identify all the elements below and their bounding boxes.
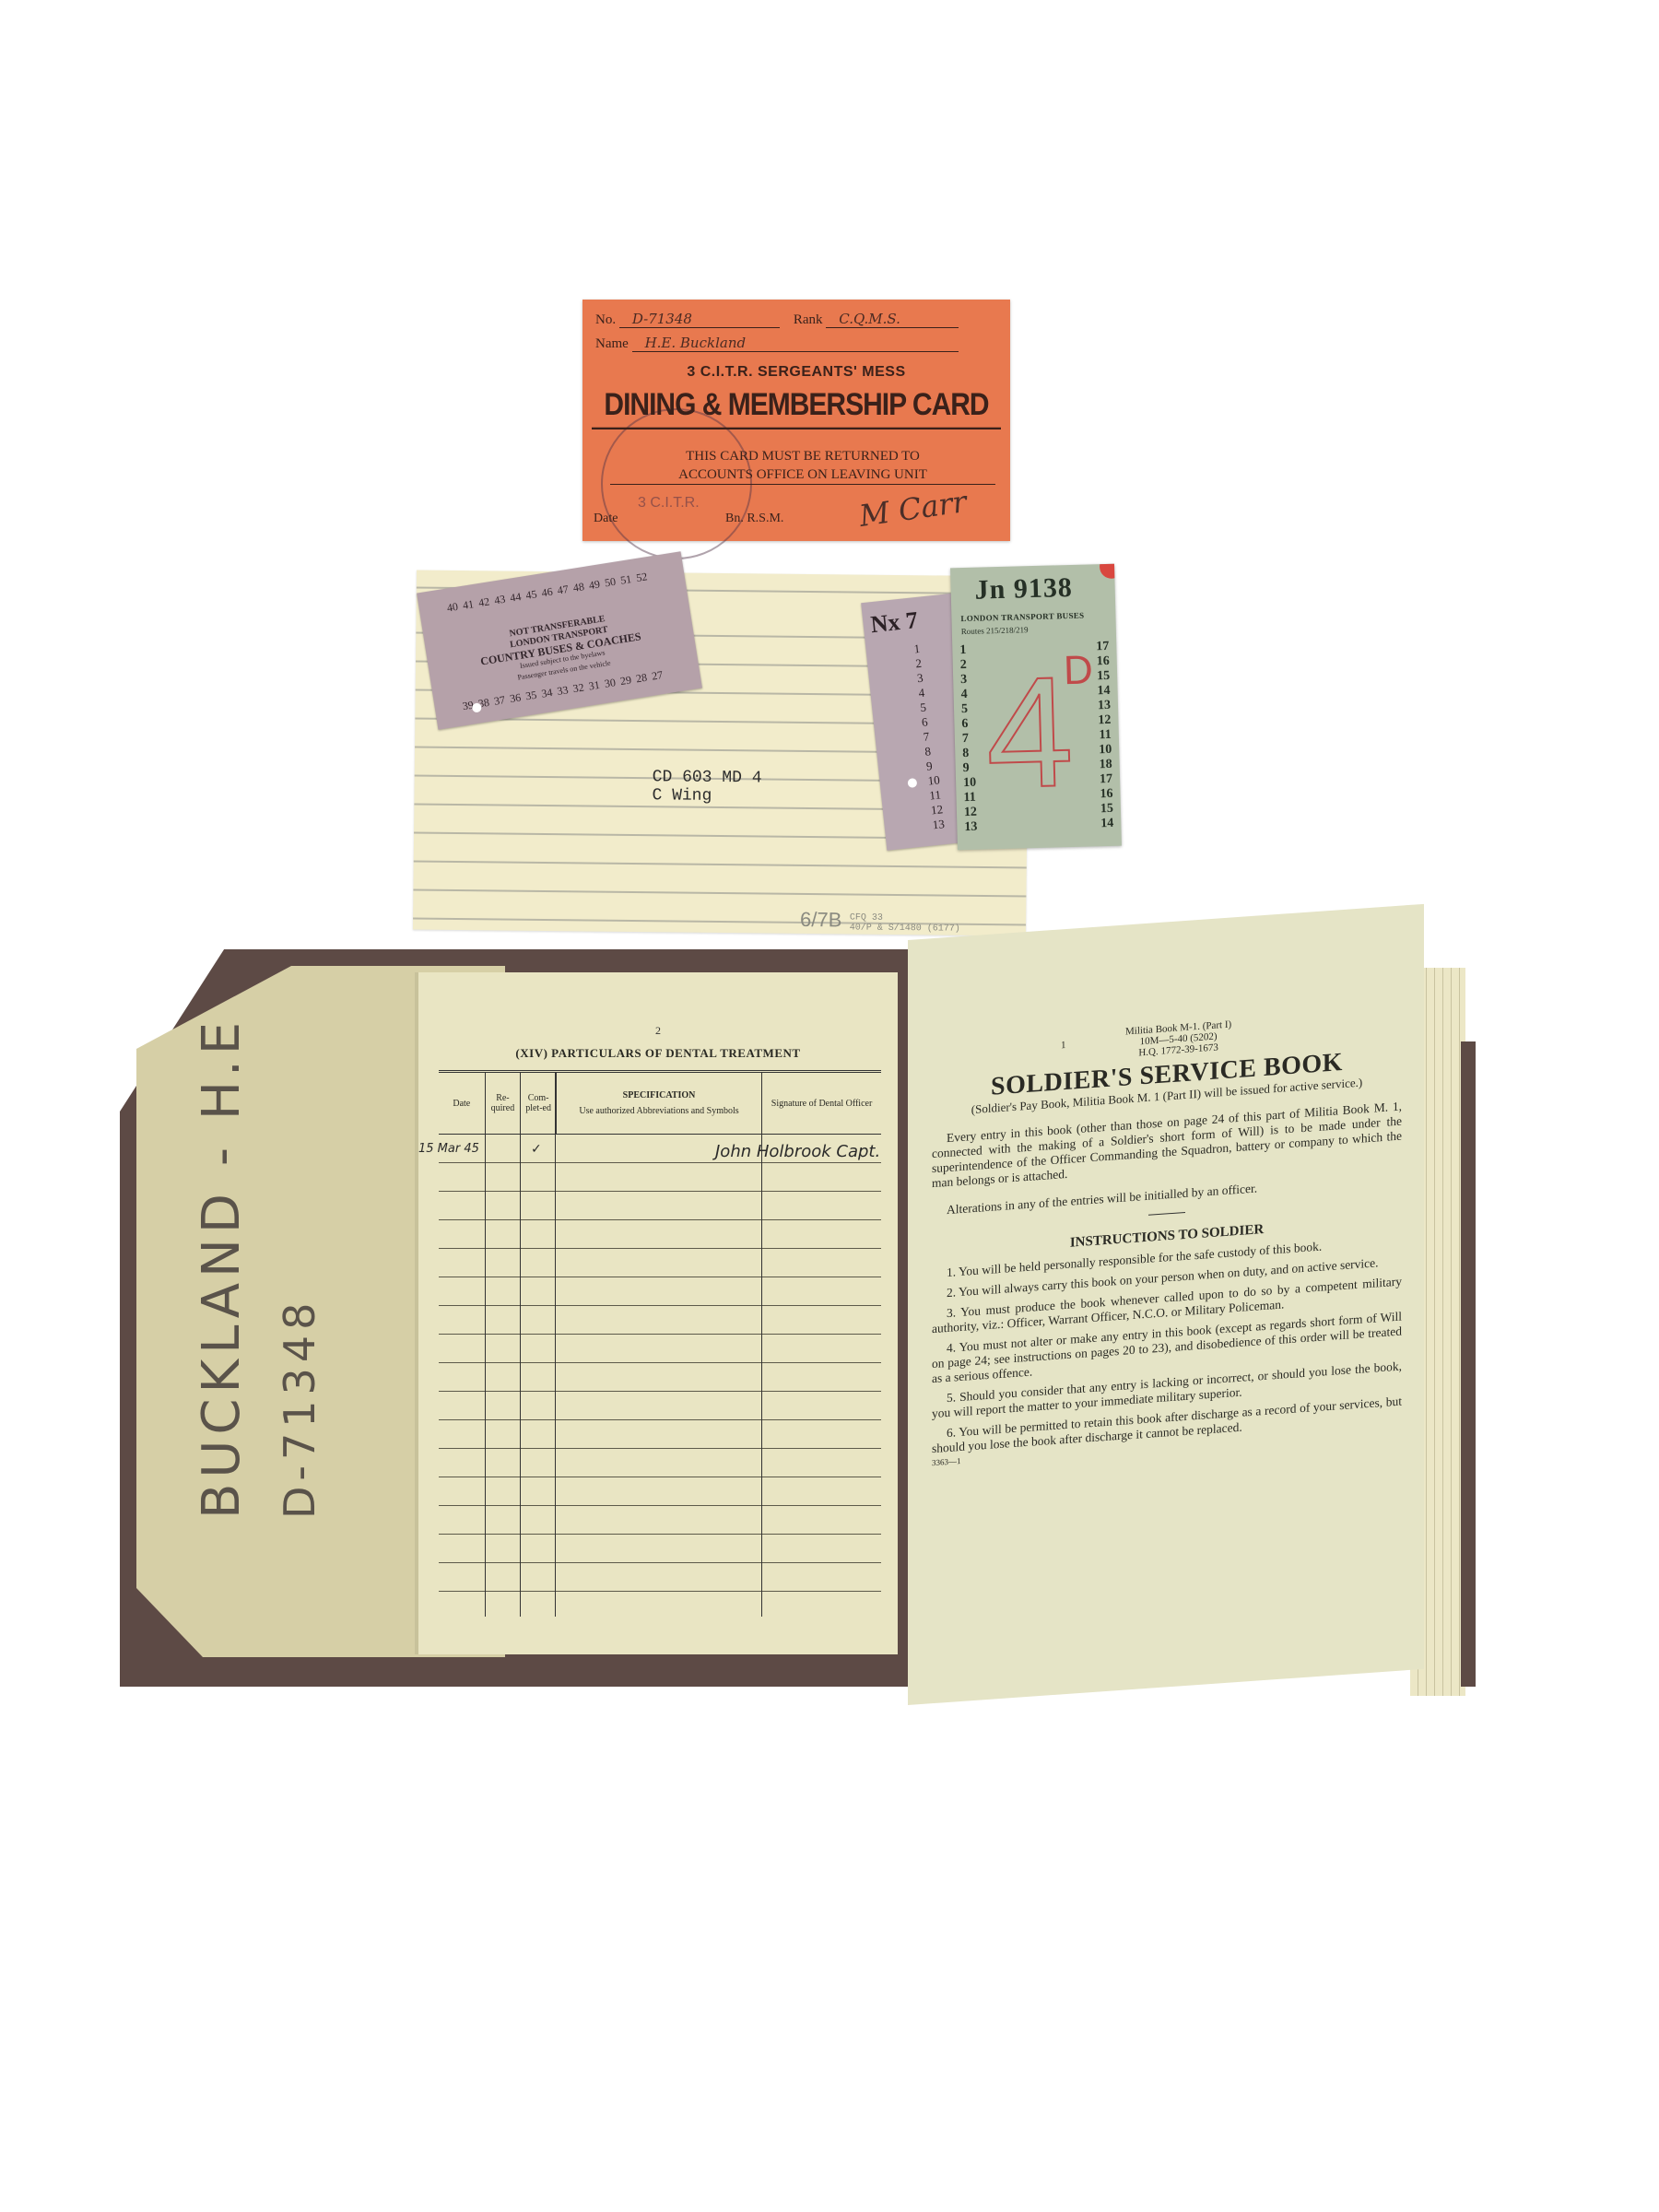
stage-number: 52 — [635, 570, 648, 585]
stage-number: 4 — [960, 688, 967, 702]
column-completed: Com-plet-ed — [521, 1073, 557, 1134]
notice-line-1: THIS CARD MUST BE RETURNED TO — [610, 447, 995, 465]
stage-number: 48 — [572, 580, 585, 595]
stage-number: 5 — [961, 702, 968, 717]
punch-hole — [907, 778, 917, 788]
column-signature: Signature of Dental Officer — [762, 1073, 881, 1134]
dental-table: Date Re-quired Com-plet-ed SPECIFICATION… — [439, 1070, 881, 1617]
stage-number: 36 — [509, 690, 522, 706]
stage-number: 37 — [493, 693, 506, 709]
flap-service-number: D-71348 — [275, 1298, 324, 1519]
stage-number: 3 — [960, 673, 967, 688]
stage-number: 3 — [916, 671, 924, 687]
card-title: DINING & MEMBERSHIP CARD — [592, 387, 1001, 429]
stage-number: 2 — [915, 656, 923, 672]
stage-number: 11 — [1099, 728, 1112, 743]
return-notice: THIS CARD MUST BE RETURNED TO ACCOUNTS O… — [610, 447, 995, 485]
stage-number: 1 — [959, 643, 966, 658]
divider — [1148, 1212, 1185, 1216]
stage-number: 10 — [927, 772, 941, 788]
form-number: 6/7B — [800, 908, 842, 931]
stage-number: 29 — [619, 673, 632, 688]
stage-number: 14 — [1100, 817, 1113, 831]
number-label: No. — [595, 312, 616, 327]
stage-number: 12 — [930, 802, 944, 818]
dental-treatment-page: 2 (XIV) PARTICULARS OF DENTAL TREATMENT … — [415, 972, 898, 1654]
entry-completed-check: ✓ — [531, 1142, 542, 1157]
index-card-typed-text: CD 603 MD 4 C Wing — [652, 768, 761, 806]
stage-number: 44 — [509, 590, 522, 606]
column-divider — [555, 1073, 556, 1617]
stage-number: 32 — [572, 681, 585, 697]
stage-number: 33 — [556, 683, 569, 699]
stage-number: 31 — [588, 678, 601, 694]
stage-number: 8 — [962, 747, 969, 761]
entry-date: 15 Mar 45 — [418, 1142, 479, 1156]
stage-number: 16 — [1097, 654, 1110, 669]
stage-number: 12 — [964, 806, 977, 820]
stage-number: 35 — [524, 688, 537, 704]
stage-number: 42 — [477, 594, 490, 610]
specification-sublabel: Use authorized Abbreviations and Symbols — [560, 1106, 757, 1116]
stage-number: 10 — [963, 776, 976, 791]
stage-number: 13 — [932, 817, 946, 832]
stage-number: 40 — [446, 600, 459, 616]
stage-number: 41 — [462, 597, 475, 613]
stage-number: 49 — [588, 577, 601, 593]
london-transport-bus-ticket: Jn 9138 LONDON TRANSPORT BUSES Routes 21… — [950, 564, 1122, 851]
card-number-row: No. D-71348 Rank C.Q.M.S. — [595, 311, 959, 328]
stage-number: 12 — [1098, 713, 1111, 728]
column-divider — [520, 1073, 521, 1617]
specification-label: SPECIFICATION — [623, 1090, 696, 1100]
stage-number: 1 — [913, 641, 921, 657]
stage-number: 15 — [1100, 802, 1113, 817]
title-page-content: 1 Militia Book M-1. (Part I) 10M—5-40 (5… — [932, 989, 1402, 1468]
stage-number: 8 — [924, 744, 932, 759]
stage-number: 11 — [963, 791, 976, 806]
form-codes: CFQ 33 40/P & S/1480 (6177) — [850, 912, 960, 934]
rsm-label: Bn. R.S.M. — [725, 512, 783, 526]
ticket-routes: Routes 215/218/219 — [961, 625, 1029, 636]
date-label: Date — [594, 512, 618, 526]
page-title: (XIV) PARTICULARS OF DENTAL TREATMENT — [418, 1046, 898, 1061]
stage-number: 27 — [651, 668, 664, 684]
column-required: Re-quired — [486, 1073, 522, 1134]
dental-table-header: Date Re-quired Com-plet-ed SPECIFICATION… — [439, 1073, 881, 1135]
punch-hole — [472, 702, 482, 712]
stage-number: 13 — [1098, 699, 1111, 713]
stage-number: 4 — [918, 686, 925, 701]
stage-number: 6 — [921, 714, 928, 730]
column-date: Date — [439, 1073, 486, 1134]
number-value: D-71348 — [619, 311, 780, 328]
stage-number: 13 — [964, 820, 977, 835]
mess-unit: 3 C.I.T.R. SERGEANTS' MESS — [582, 364, 1010, 381]
stage-number: 17 — [1096, 640, 1109, 654]
stage-number: 45 — [524, 587, 537, 603]
typed-line-1: CD 603 MD 4 — [653, 768, 762, 787]
fare-unit: D — [1063, 647, 1093, 694]
back-cover-edge — [1461, 1041, 1476, 1687]
stage-number: 15 — [1097, 669, 1110, 684]
dining-membership-card: 3 C.I.T.R. No. D-71348 Rank C.Q.M.S. Nam… — [582, 300, 1010, 541]
stage-number: 10 — [1099, 743, 1112, 758]
entry-signature: John Holbrook Capt. — [715, 1142, 880, 1161]
stage-number: 46 — [541, 585, 554, 601]
name-value: H.E. Buckland — [632, 335, 959, 352]
form-code-1: CFQ 33 — [850, 912, 883, 923]
stage-number: 28 — [635, 671, 648, 687]
stage-number: 16 — [1100, 787, 1112, 802]
flap-owner-name: BUCKLAND - H.E — [192, 1017, 252, 1519]
stage-number: 17 — [1100, 772, 1112, 787]
service-book-title-page: 1 Militia Book M-1. (Part I) 10M—5-40 (5… — [908, 904, 1424, 1705]
stage-number: 11 — [929, 787, 942, 803]
index-card-footer: 6/7B CFQ 33 40/P & S/1480 (6177) — [800, 908, 960, 935]
ticket-operator: LONDON TRANSPORT BUSES — [960, 611, 1084, 624]
stage-number: 14 — [1097, 684, 1110, 699]
ticket-serial: Nx 7 — [869, 606, 919, 639]
card-name-row: Name H.E. Buckland — [595, 335, 959, 352]
stage-number: 9 — [925, 759, 933, 774]
rsm-signature: M Carr — [857, 484, 969, 534]
stage-number: 18 — [1099, 758, 1112, 772]
column-specification: SPECIFICATION Use authorized Abbreviatio… — [557, 1073, 762, 1134]
soldiers-service-book: BUCKLAND - H.E D-71348 2 (XIV) PARTICULA… — [120, 949, 1484, 1705]
stage-number: 7 — [923, 729, 930, 745]
stage-number: 9 — [963, 761, 970, 776]
name-label: Name — [595, 336, 629, 351]
stage-number: 2 — [960, 658, 967, 673]
stage-number: 5 — [920, 700, 927, 715]
stage-number: 6 — [961, 717, 968, 732]
red-corner-mark — [1100, 564, 1122, 579]
notice-line-2: ACCOUNTS OFFICE ON LEAVING UNIT — [610, 465, 995, 484]
column-divider — [485, 1073, 486, 1617]
stamp-text: 3 C.I.T.R. — [638, 495, 700, 512]
stage-number: 7 — [962, 732, 969, 747]
stage-number: 51 — [619, 572, 632, 588]
form-code-2: 40/P & S/1480 (6177) — [850, 923, 960, 934]
page-number: 2 — [418, 1024, 898, 1038]
stage-number: 30 — [604, 676, 617, 691]
stage-number: 43 — [493, 593, 506, 608]
rank-label: Rank — [794, 312, 823, 327]
stage-number: 47 — [557, 582, 570, 598]
typed-line-2: C Wing — [652, 786, 761, 806]
page-number: 1 — [1061, 1040, 1066, 1051]
fare-overprint: 4 — [984, 653, 1076, 812]
form-metadata: Militia Book M-1. (Part I) 10M—5-40 (520… — [1125, 1018, 1231, 1059]
stage-number: 50 — [604, 575, 617, 591]
stage-number: 34 — [540, 686, 553, 701]
rank-value: C.Q.M.S. — [826, 311, 959, 328]
ticket-serial: Jn 9138 — [974, 572, 1073, 606]
dental-table-rows — [439, 1135, 881, 1617]
